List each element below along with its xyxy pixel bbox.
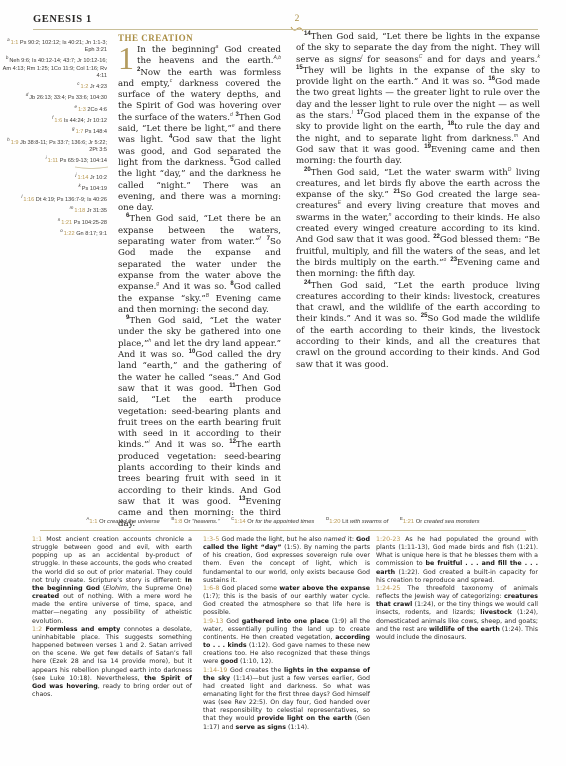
xref-entry: o1:22 Gn 8:17; 9:1 bbox=[0, 227, 107, 238]
footnote-marker[interactable]: A,b bbox=[273, 55, 281, 61]
footnote-marker[interactable]: f bbox=[259, 236, 260, 242]
paragraph: 9Then God said, “Let the water under the… bbox=[118, 316, 281, 531]
xref-entry: i1:11 Ps 65:9-13; 104:14 bbox=[0, 154, 107, 165]
verse-number: 20 bbox=[304, 167, 311, 173]
notes-rule bbox=[40, 530, 526, 531]
section-heading: THE CREATION bbox=[118, 32, 281, 44]
xref-entry: e1:3 2Co 4:6 bbox=[0, 103, 107, 114]
page-number: 2 bbox=[291, 14, 303, 24]
study-note: 1:14-19 God creates the lights in the ex… bbox=[203, 667, 370, 732]
study-notes-column-3: 1:20-23 As he had populated the ground w… bbox=[376, 536, 538, 642]
translation-footnotes: A1:1 Or created the universe B1:8 Or “he… bbox=[0, 516, 566, 525]
verse-number: 17 bbox=[357, 110, 364, 116]
xref-divider-flourish bbox=[75, 166, 108, 170]
paragraph: 14Then God said, “Let there be lights in… bbox=[296, 32, 540, 168]
footnote-item: C1:14 Or for the appointed times bbox=[231, 519, 314, 525]
header-rule bbox=[33, 29, 538, 30]
footnote-item: B1:8 Or “heavens.” bbox=[171, 519, 219, 525]
paragraph: 6Then God said, “Let there be an expanse… bbox=[118, 214, 281, 316]
study-note: 1:6-8 God placed some water above the ex… bbox=[203, 585, 370, 618]
verse-number: 14 bbox=[304, 31, 311, 37]
xref-entry: bNeh 9:6; Is 40:12-14; 43:7; Jr 10:12-16… bbox=[0, 54, 107, 80]
bible-page: GENESIS 1 2 a1:1 Ps 90:2; 102:12; Is 40:… bbox=[0, 0, 566, 766]
footnote-marker[interactable]: k bbox=[537, 54, 540, 60]
xref-entry: dJb 26:13; 33:4; Ps 33:6; 104:30 bbox=[0, 91, 107, 102]
footnote-marker[interactable]: d bbox=[230, 112, 233, 118]
scripture-column-right: 14Then God said, “Let there be lights in… bbox=[296, 32, 540, 371]
study-note: 1:2 Formless and empty connotes a desola… bbox=[32, 626, 192, 699]
xref-entry: l1:16 Dt 4:19; Ps 136:7-9; Is 40:26 bbox=[0, 193, 107, 204]
xref-entry: g1:7 Ps 148:4 bbox=[0, 125, 107, 136]
xref-entry: kPs 104:19 bbox=[0, 182, 107, 193]
footnote-item: A1:1 Or created the universe bbox=[86, 519, 159, 525]
cross-references-1: a1:1 Ps 90:2; 102:12; Is 40:21; Jn 1:1-3… bbox=[0, 36, 107, 166]
xref-entry: j1:14 Jr 10:2 bbox=[0, 171, 107, 182]
study-note: 1:20-23 As he had populated the ground w… bbox=[376, 536, 538, 585]
cross-references-2: j1:14 Jr 10:2 kPs 104:19 l1:16 Dt 4:19; … bbox=[0, 171, 107, 238]
xref-entry: m1:18 Jr 31:35 bbox=[0, 204, 107, 215]
study-note: 1:9-13 God gathered into one place (1:9)… bbox=[203, 618, 370, 667]
study-note: 1:24-25 The threefold taxonomy of animal… bbox=[376, 585, 538, 642]
footnote-item: E1:21 Or created sea monsters bbox=[400, 519, 480, 525]
scripture-column-left: THE CREATION 1In the beginninga God crea… bbox=[118, 32, 281, 531]
study-note: 1:1 Most ancient creation accounts chron… bbox=[32, 536, 192, 626]
verse-number: 12 bbox=[229, 440, 236, 446]
running-head: GENESIS 1 bbox=[33, 14, 92, 25]
study-notes-column-1: 1:1 Most ancient creation accounts chron… bbox=[32, 536, 192, 699]
xref-entry: f1:6 Is 44:24; Jr 10:12 bbox=[0, 114, 107, 125]
chapter-number: 1 bbox=[118, 46, 134, 70]
verse-number: 15 bbox=[296, 65, 303, 71]
footnote-item: D1:20 Lit with swarms of bbox=[326, 519, 388, 525]
footnote-marker[interactable]: l bbox=[352, 110, 353, 116]
verse-number: 19 bbox=[424, 144, 431, 150]
xref-entry: c1:2 Jr 4:23 bbox=[0, 80, 107, 91]
xref-entry: n1:21 Ps 104:25-28 bbox=[0, 216, 107, 227]
verse-number: 24 bbox=[304, 280, 311, 286]
study-notes-column-2: 1:3-5 God made the light, but he also na… bbox=[203, 536, 370, 732]
paragraph: 20Then God said, “Let the water swarm wi… bbox=[296, 168, 540, 281]
xref-entry: h1:9 Jb 38:8-11; Ps 33:7; 136:6; Jr 5:22… bbox=[0, 136, 107, 154]
paragraph: 24Then God said, “Let the earth produce … bbox=[296, 281, 540, 371]
paragraph: 1In the beginninga God created the heav­… bbox=[118, 45, 281, 214]
study-note: 1:3-5 God made the light, but he also na… bbox=[203, 536, 370, 585]
verse-number: 22 bbox=[433, 234, 440, 240]
footnote-marker[interactable]: o bbox=[444, 257, 447, 263]
xref-entry: a1:1 Ps 90:2; 102:12; Is 40:21; Jn 1:1-3… bbox=[0, 36, 107, 54]
